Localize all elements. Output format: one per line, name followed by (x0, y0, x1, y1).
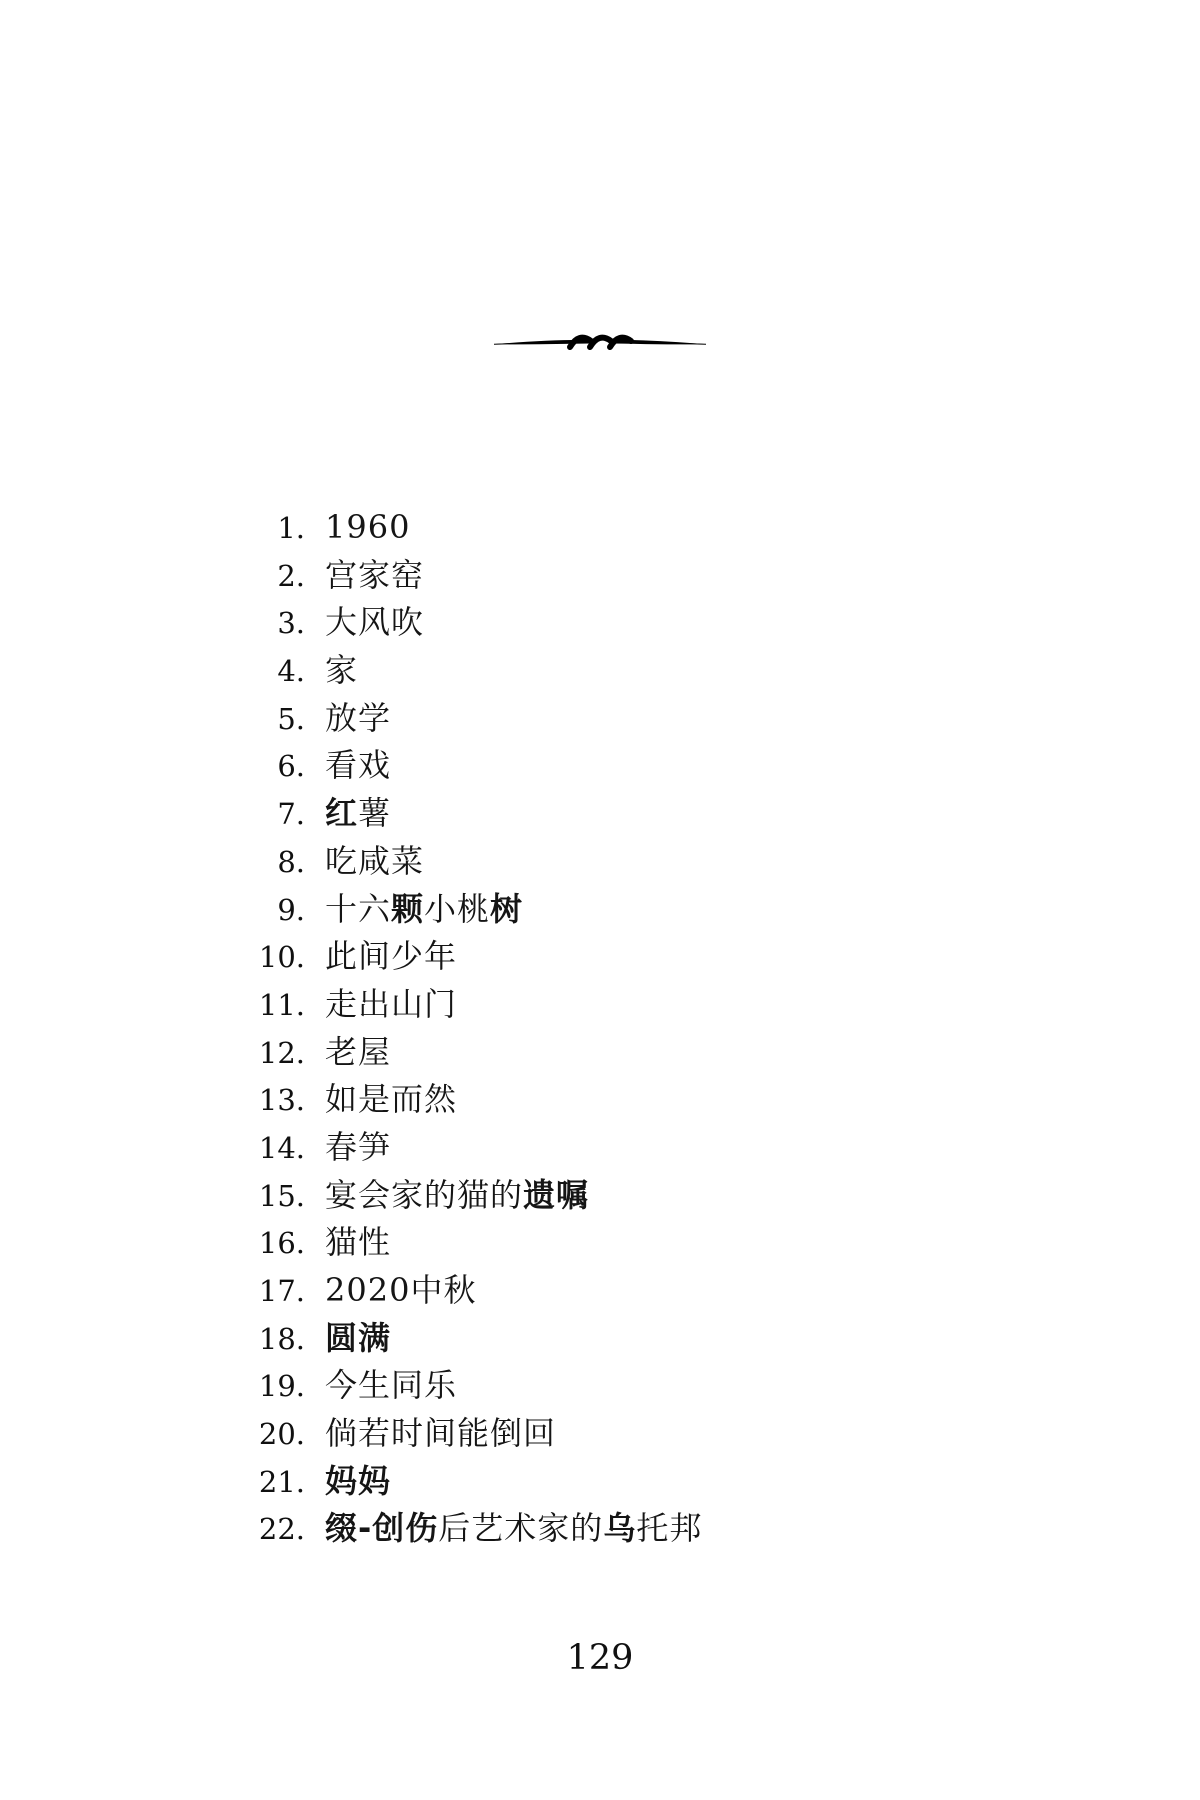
list-item-number: 7. (0, 791, 305, 839)
list-item: 7.红薯 (0, 790, 1200, 838)
list-item: 6.看戏 (0, 742, 1200, 790)
list-item: 8.吃咸菜 (0, 838, 1200, 886)
list-item-title: 圆满 (325, 1319, 391, 1357)
list-item-title: 宫家窑 (325, 556, 424, 594)
chapter-list: 1.19602.宫家窑3.大风吹4.家5.放学6.看戏7.红薯8.吃咸菜9.十六… (0, 504, 1200, 1553)
list-item-title: 妈妈 (325, 1462, 391, 1500)
list-item: 5.放学 (0, 695, 1200, 743)
list-item-number: 4. (0, 648, 305, 696)
list-item-title: 宴会家的猫的遗嘱 (325, 1176, 589, 1214)
list-item-title: 今生同乐 (325, 1366, 457, 1404)
list-item: 15.宴会家的猫的遗嘱 (0, 1172, 1200, 1220)
list-item-number: 2. (0, 553, 305, 601)
list-item-number: 19. (0, 1363, 305, 1411)
list-item-title: 春笋 (325, 1128, 391, 1166)
list-item: 13.如是而然 (0, 1076, 1200, 1124)
list-item-title: 十六颗小桃树 (325, 890, 523, 928)
list-item-number: 9. (0, 887, 305, 935)
list-item-number: 10. (0, 934, 305, 982)
list-item: 18.圆满 (0, 1315, 1200, 1363)
list-item-number: 16. (0, 1220, 305, 1268)
list-item-number: 6. (0, 743, 305, 791)
list-item: 21.妈妈 (0, 1458, 1200, 1506)
list-item-number: 17. (0, 1268, 305, 1316)
list-item-number: 3. (0, 600, 305, 648)
list-item: 16.猫性 (0, 1219, 1200, 1267)
list-item-title: 1960 (325, 508, 410, 546)
list-item-title: 此间少年 (325, 937, 457, 975)
list-item-number: 8. (0, 839, 305, 887)
list-item: 3.大风吹 (0, 599, 1200, 647)
list-item: 17.2020中秋 (0, 1267, 1200, 1315)
list-item-title: 大风吹 (325, 603, 424, 641)
list-item-title: 倘若时间能倒回 (325, 1414, 556, 1452)
list-item: 12.老屋 (0, 1029, 1200, 1077)
list-item-number: 13. (0, 1077, 305, 1125)
list-item-number: 15. (0, 1173, 305, 1221)
list-item: 9.十六颗小桃树 (0, 886, 1200, 934)
list-item-number: 1. (0, 505, 305, 553)
list-item-title: 猫性 (325, 1223, 391, 1261)
list-item-number: 5. (0, 696, 305, 744)
list-item-title: 红薯 (325, 794, 391, 832)
list-item-title: 吃咸菜 (325, 842, 424, 880)
list-item-title: 2020中秋 (325, 1271, 476, 1309)
list-item: 10.此间少年 (0, 933, 1200, 981)
list-item-number: 14. (0, 1125, 305, 1173)
list-item-title: 如是而然 (325, 1080, 457, 1118)
list-item-number: 12. (0, 1030, 305, 1078)
list-item-title: 放学 (325, 699, 391, 737)
list-item: 4.家 (0, 647, 1200, 695)
list-item-number: 22. (0, 1506, 305, 1554)
list-item: 19.今生同乐 (0, 1362, 1200, 1410)
page-number: 129 (0, 1638, 1200, 1678)
list-item-number: 11. (0, 982, 305, 1030)
list-item: 1.1960 (0, 504, 1200, 552)
list-item: 11.走出山门 (0, 981, 1200, 1029)
list-item-number: 18. (0, 1316, 305, 1364)
list-item: 20.倘若时间能倒回 (0, 1410, 1200, 1458)
list-item-title: 缀-创伤后艺术家的乌托邦 (325, 1509, 702, 1547)
list-item: 22.缀-创伤后艺术家的乌托邦 (0, 1505, 1200, 1553)
swash-divider-icon (494, 326, 706, 352)
list-item-number: 21. (0, 1459, 305, 1507)
list-item-title: 老屋 (325, 1033, 391, 1071)
list-item-number: 20. (0, 1411, 305, 1459)
list-item: 14.春笋 (0, 1124, 1200, 1172)
list-item-title: 走出山门 (325, 985, 457, 1023)
list-item: 2.宫家窑 (0, 552, 1200, 600)
list-item-title: 家 (325, 651, 358, 689)
list-item-title: 看戏 (325, 746, 391, 784)
